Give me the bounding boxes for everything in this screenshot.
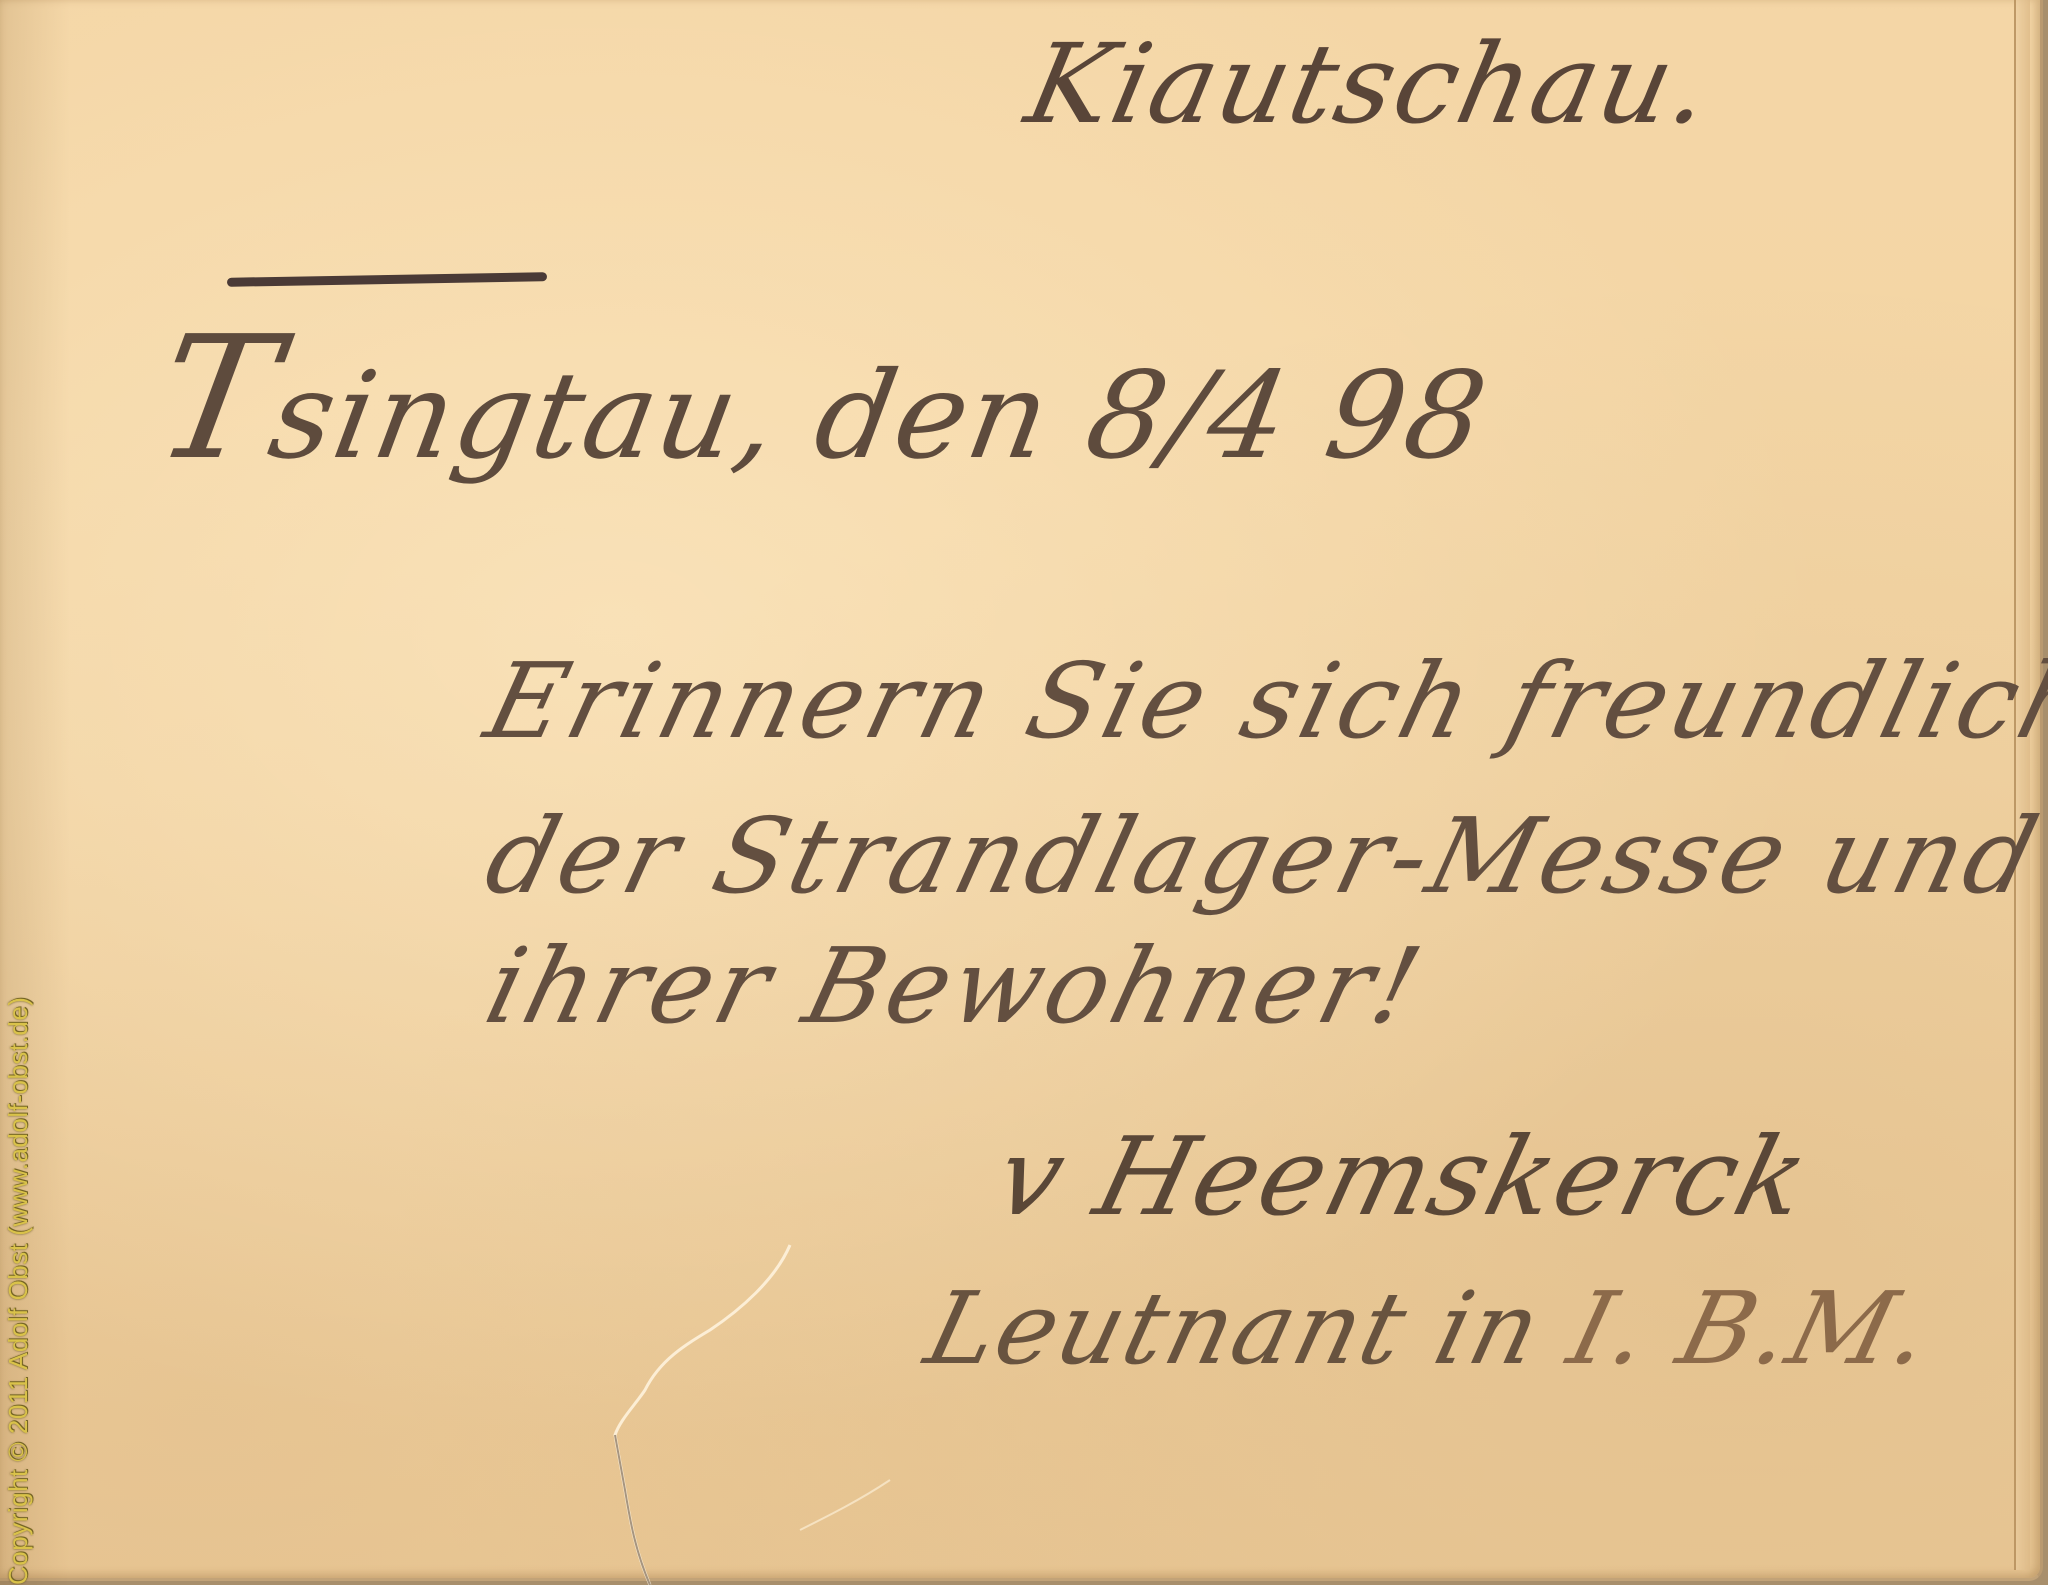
signature-rank: Leutnant in I. B.M. [915, 1270, 1943, 1387]
rank-unit: I. B.M. [1558, 1270, 1944, 1387]
dateline-place: singtau, [260, 347, 790, 486]
copyright-watermark: Copyright © 2011 Adolf Obst (www.adolf-o… [3, 997, 33, 1585]
body-line-3: ihrer Bewohner! [475, 925, 1436, 1047]
rank-title: Leutnant in [915, 1270, 1553, 1387]
signature-name: v Heemskerck [984, 1115, 1821, 1240]
paper-tear-mark [590, 1220, 900, 1585]
body-line-2: der Strandlager-Messe und [475, 795, 2048, 917]
flourish-stroke [227, 272, 547, 287]
page-edge [2014, 0, 2030, 1570]
heading-place-name: Kiautschau. [1016, 20, 1723, 148]
body-line-1: Erinnern Sie sich freundlichst [475, 640, 2048, 762]
dateline-date: den 8/4 98 [805, 347, 1497, 486]
dateline: Tsingtau, den 8/4 98 [143, 300, 1506, 498]
album-page: Kiautschau. Tsingtau, den 8/4 98 Erinner… [0, 0, 2043, 1581]
